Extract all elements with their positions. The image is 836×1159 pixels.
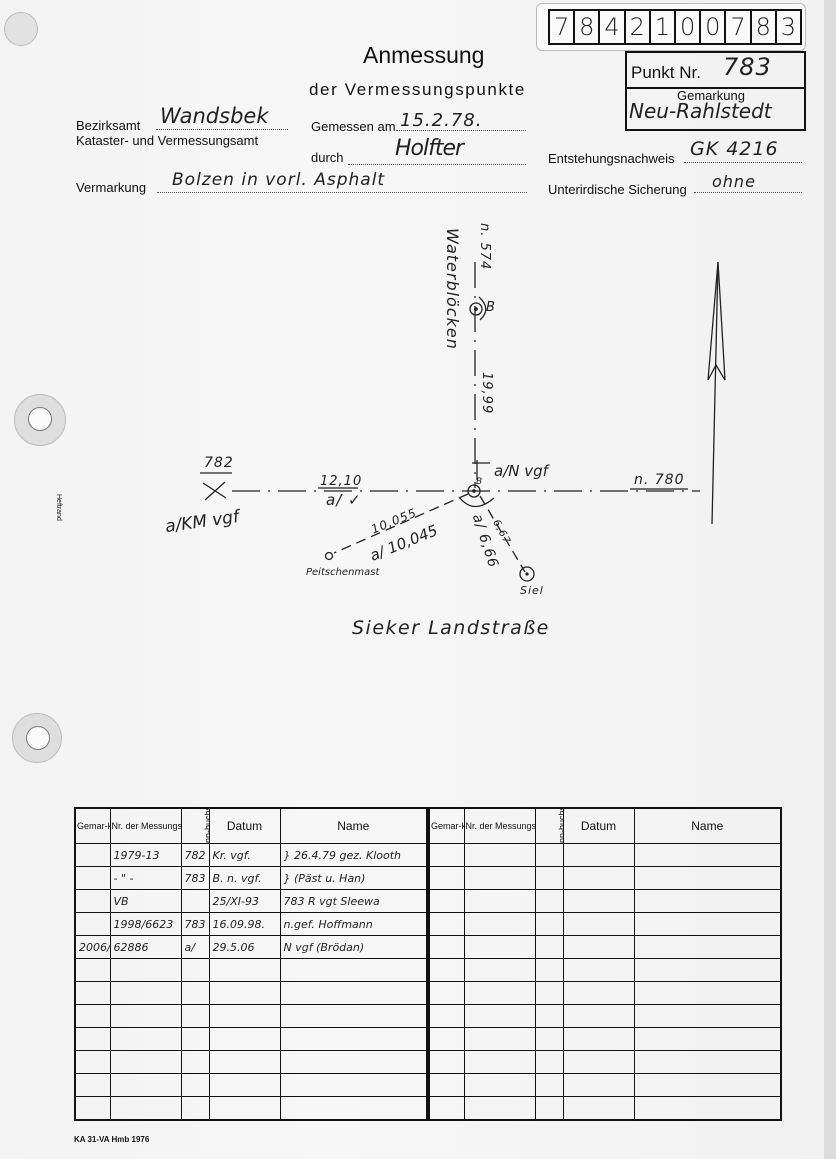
cell-name — [634, 1028, 781, 1051]
cell-gemarkung — [429, 1097, 464, 1121]
register-table-right: Gemar-kungs-schlüssel Nr. der Messungssa… — [428, 807, 782, 1121]
cell-datum — [563, 867, 634, 890]
cell-name — [280, 1074, 427, 1097]
cell-gemarkung — [429, 867, 464, 890]
register-table-left: Gemar-kungs-schlüssel Nr. der Messungssa… — [74, 807, 428, 1121]
center-b-label: B — [476, 477, 483, 487]
cell-gemarkung — [429, 844, 464, 867]
cell-kenn — [535, 913, 563, 936]
table-row — [429, 844, 781, 867]
cell-kenn — [181, 982, 209, 1005]
cell-gemarkung — [75, 1028, 110, 1051]
dist-west-note: a/ ✓ — [326, 491, 362, 509]
cell-messung — [464, 1028, 535, 1051]
cell-kenn — [535, 1051, 563, 1074]
cell-gemarkung — [429, 936, 464, 959]
table-row: 2006/62886a/29.5.06N vgf (Brödan) — [75, 936, 427, 959]
cell-kenn — [181, 959, 209, 982]
cell-messung — [110, 982, 181, 1005]
header-datum: Datum — [563, 808, 634, 844]
cell-gemarkung — [429, 1028, 464, 1051]
cell-datum — [563, 844, 634, 867]
cell-gemarkung — [75, 959, 110, 982]
cell-kenn — [535, 1005, 563, 1028]
header-datum: Datum — [209, 808, 280, 844]
table-row — [429, 1051, 781, 1074]
cell-kenn — [181, 1005, 209, 1028]
cell-name — [280, 1097, 427, 1121]
cell-kenn — [181, 1097, 209, 1121]
north-ref: n. 574 — [477, 223, 492, 270]
cell-kenn — [181, 890, 209, 913]
cell-gemarkung — [429, 1051, 464, 1074]
cell-kenn: 782 — [181, 844, 209, 867]
header-gemarkung: Gemar-kungs-schlüssel — [429, 808, 464, 844]
cell-kenn — [535, 844, 563, 867]
cell-datum — [209, 1051, 280, 1074]
cell-gemarkung — [429, 959, 464, 982]
cell-name — [280, 1005, 427, 1028]
cell-datum: 25/XI-93 — [209, 890, 280, 913]
sw-object-label: Peitschenmast — [306, 567, 379, 578]
cell-messung — [464, 890, 535, 913]
table-row: 1998/662378316.09.98.n.gef. Hoffmann — [75, 913, 427, 936]
cell-gemarkung — [429, 982, 464, 1005]
cell-gemarkung — [75, 1097, 110, 1121]
cell-name — [280, 1028, 427, 1051]
cell-kenn: 783 — [181, 867, 209, 890]
cell-datum: B. n. vgf. — [209, 867, 280, 890]
cell-datum — [563, 1051, 634, 1074]
cell-datum — [209, 982, 280, 1005]
cell-messung — [464, 1051, 535, 1074]
cell-messung — [464, 867, 535, 890]
cell-gemarkung — [429, 890, 464, 913]
cell-datum — [563, 982, 634, 1005]
se-object-label: Siel — [520, 584, 544, 597]
table-row — [75, 1051, 427, 1074]
cell-gemarkung — [75, 913, 110, 936]
cell-datum — [209, 959, 280, 982]
cell-kenn — [535, 1028, 563, 1051]
street-waterbloecken: Waterblöcken — [443, 228, 462, 350]
cell-kenn — [535, 1097, 563, 1121]
cell-datum — [563, 1097, 634, 1121]
center-note: a/N vgf — [494, 462, 548, 480]
cell-name: n.gef. Hoffmann — [280, 913, 427, 936]
cell-messung — [464, 959, 535, 982]
cell-gemarkung — [429, 1005, 464, 1028]
cell-datum: 16.09.98. — [209, 913, 280, 936]
cell-name — [634, 913, 781, 936]
cell-kenn — [535, 890, 563, 913]
table-row — [429, 890, 781, 913]
cell-messung: 1979-13 — [110, 844, 181, 867]
table-row — [429, 867, 781, 890]
cell-name — [634, 867, 781, 890]
cell-kenn — [535, 982, 563, 1005]
table-row — [75, 1097, 427, 1121]
cell-name — [634, 844, 781, 867]
cell-name: } (Päst u. Han) — [280, 867, 427, 890]
cell-messung — [464, 982, 535, 1005]
cell-name — [634, 1097, 781, 1121]
cell-name — [634, 1051, 781, 1074]
table-row — [429, 1097, 781, 1121]
cell-kenn — [535, 959, 563, 982]
cell-messung — [110, 1074, 181, 1097]
table-row — [429, 1028, 781, 1051]
header-name: Name — [634, 808, 781, 844]
header-kenn: Kenn-buchst. — [181, 808, 209, 844]
point-b-label: B — [486, 300, 496, 315]
cell-kenn — [181, 1051, 209, 1074]
cell-messung — [464, 913, 535, 936]
table-row — [429, 982, 781, 1005]
table-row — [429, 936, 781, 959]
cell-kenn — [535, 1074, 563, 1097]
cell-messung — [110, 1051, 181, 1074]
cell-datum — [209, 1097, 280, 1121]
cell-kenn — [535, 936, 563, 959]
cell-datum: Kr. vgf. — [209, 844, 280, 867]
cell-gemarkung — [75, 982, 110, 1005]
cell-datum — [563, 890, 634, 913]
header-gemarkung: Gemar-kungs-schlüssel — [75, 808, 110, 844]
cell-name — [634, 1074, 781, 1097]
cell-datum — [209, 1005, 280, 1028]
table-row — [429, 1074, 781, 1097]
cell-datum — [563, 936, 634, 959]
cell-kenn: a/ — [181, 936, 209, 959]
dist-north: 19,99 — [479, 372, 494, 414]
point-782-label: 782 — [204, 455, 234, 471]
cell-messung — [110, 1028, 181, 1051]
cell-messung — [464, 1097, 535, 1121]
cell-messung — [110, 1005, 181, 1028]
table-row — [75, 1005, 427, 1028]
cell-name — [634, 936, 781, 959]
cell-datum — [563, 959, 634, 982]
table-row — [429, 913, 781, 936]
cell-name: } 26.4.79 gez. Klooth — [280, 844, 427, 867]
table-row — [75, 1028, 427, 1051]
cell-messung — [464, 936, 535, 959]
cell-name — [634, 959, 781, 982]
cell-datum — [209, 1028, 280, 1051]
table-row: VB25/XI-93783 R vgt Sleewa — [75, 890, 427, 913]
cell-name — [280, 982, 427, 1005]
cell-kenn — [181, 1028, 209, 1051]
cell-datum — [563, 1074, 634, 1097]
cell-kenn — [535, 867, 563, 890]
cell-gemarkung — [429, 913, 464, 936]
cell-messung — [464, 844, 535, 867]
cell-name — [280, 959, 427, 982]
street-sieker-landstrasse: Sieker Landstraße — [352, 617, 550, 639]
cell-datum — [209, 1074, 280, 1097]
cell-messung — [464, 1005, 535, 1028]
cell-name — [634, 982, 781, 1005]
table-row: - " -783B. n. vgf.} (Päst u. Han) — [75, 867, 427, 890]
cell-messung: 1998/6623 — [110, 913, 181, 936]
cell-datum — [563, 1028, 634, 1051]
cell-gemarkung — [75, 844, 110, 867]
cell-gemarkung — [75, 1051, 110, 1074]
cell-kenn — [181, 1074, 209, 1097]
cell-name — [280, 1051, 427, 1074]
table-row — [429, 1005, 781, 1028]
table-row — [429, 959, 781, 982]
cell-gemarkung — [75, 1074, 110, 1097]
cell-name: 783 R vgt Sleewa — [280, 890, 427, 913]
cell-messung: VB — [110, 890, 181, 913]
table-row — [75, 1074, 427, 1097]
cell-name — [634, 1005, 781, 1028]
form-footer-code: KA 31-VA Hmb 1976 — [74, 1135, 149, 1144]
cell-messung — [464, 1074, 535, 1097]
survey-sketch — [0, 0, 836, 800]
dist-west: 12,10 — [320, 474, 362, 489]
header-messung: Nr. der Messungssache — [464, 808, 535, 844]
cell-name: N vgf (Brödan) — [280, 936, 427, 959]
cell-datum: 29.5.06 — [209, 936, 280, 959]
cell-datum — [563, 913, 634, 936]
cell-messung — [110, 1097, 181, 1121]
cell-kenn: 783 — [181, 913, 209, 936]
table-row — [75, 959, 427, 982]
header-kenn: Kenn-buchst. — [535, 808, 563, 844]
cell-gemarkung — [429, 1074, 464, 1097]
table-row — [75, 982, 427, 1005]
header-name: Name — [280, 808, 427, 844]
cell-gemarkung — [75, 867, 110, 890]
cell-messung — [110, 959, 181, 982]
cell-gemarkung — [75, 890, 110, 913]
header-messung: Nr. der Messungssache — [110, 808, 181, 844]
table-row: 1979-13782Kr. vgf.} 26.4.79 gez. Klooth — [75, 844, 427, 867]
east-ref: n. 780 — [634, 472, 685, 488]
cell-gemarkung: 2006/ — [75, 936, 110, 959]
cell-messung: - " - — [110, 867, 181, 890]
cell-name — [634, 890, 781, 913]
cell-datum — [563, 1005, 634, 1028]
cell-gemarkung — [75, 1005, 110, 1028]
cell-messung: 62886 — [110, 936, 181, 959]
